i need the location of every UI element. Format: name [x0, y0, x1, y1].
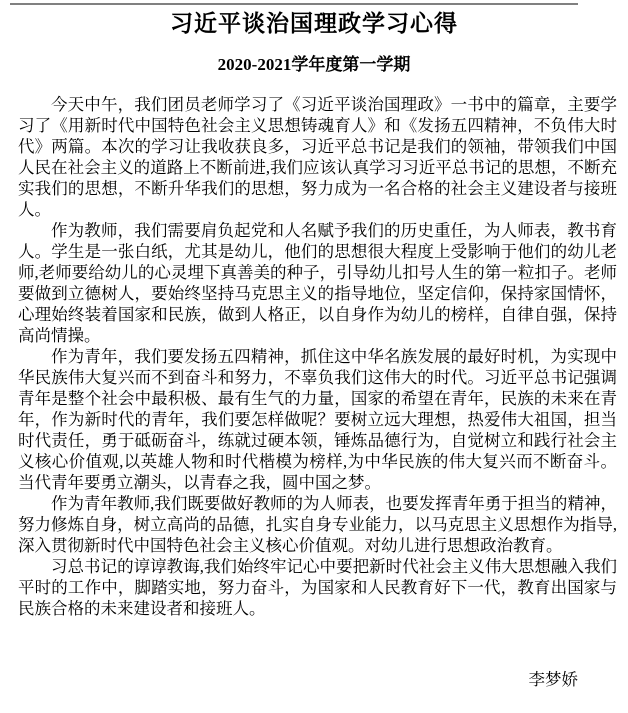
paragraph-3: 作为青年，我们要发扬五四精神，抓住这中华名族发展的最好时机，为实现中华民族伟大复… [18, 346, 617, 493]
paragraph-2: 作为教师，我们需要肩负起党和人名赋予我们的历史重任，为人师表，教书育人。学生是一… [18, 220, 617, 346]
signature-row: 李梦娇 [0, 669, 628, 690]
paragraph-5: 习总书记的谆谆教诲,我们始终牢记心中要把新时代社会主义伟大思想融入我们平时的工作… [18, 556, 617, 619]
document-title: 习近平谈治国理政学习心得 [0, 0, 628, 36]
top-horizontal-rule [10, 3, 578, 5]
document-body: 今天中午，我们团员老师学习了《习近平谈治国理政》一书中的篇章，主要学习了《用新时… [0, 74, 628, 619]
paragraph-1: 今天中午，我们团员老师学习了《习近平谈治国理政》一书中的篇章，主要学习了《用新时… [18, 94, 617, 220]
paragraph-4: 作为青年教师,我们既要做好教师的为人师表，也要发挥青年勇于担当的精神，努力修炼自… [18, 493, 617, 556]
document-subtitle: 2020-2021学年度第一学期 [0, 36, 628, 74]
document-page: 习近平谈治国理政学习心得 2020-2021学年度第一学期 今天中午，我们团员老… [0, 0, 628, 713]
author-signature: 李梦娇 [529, 670, 579, 689]
